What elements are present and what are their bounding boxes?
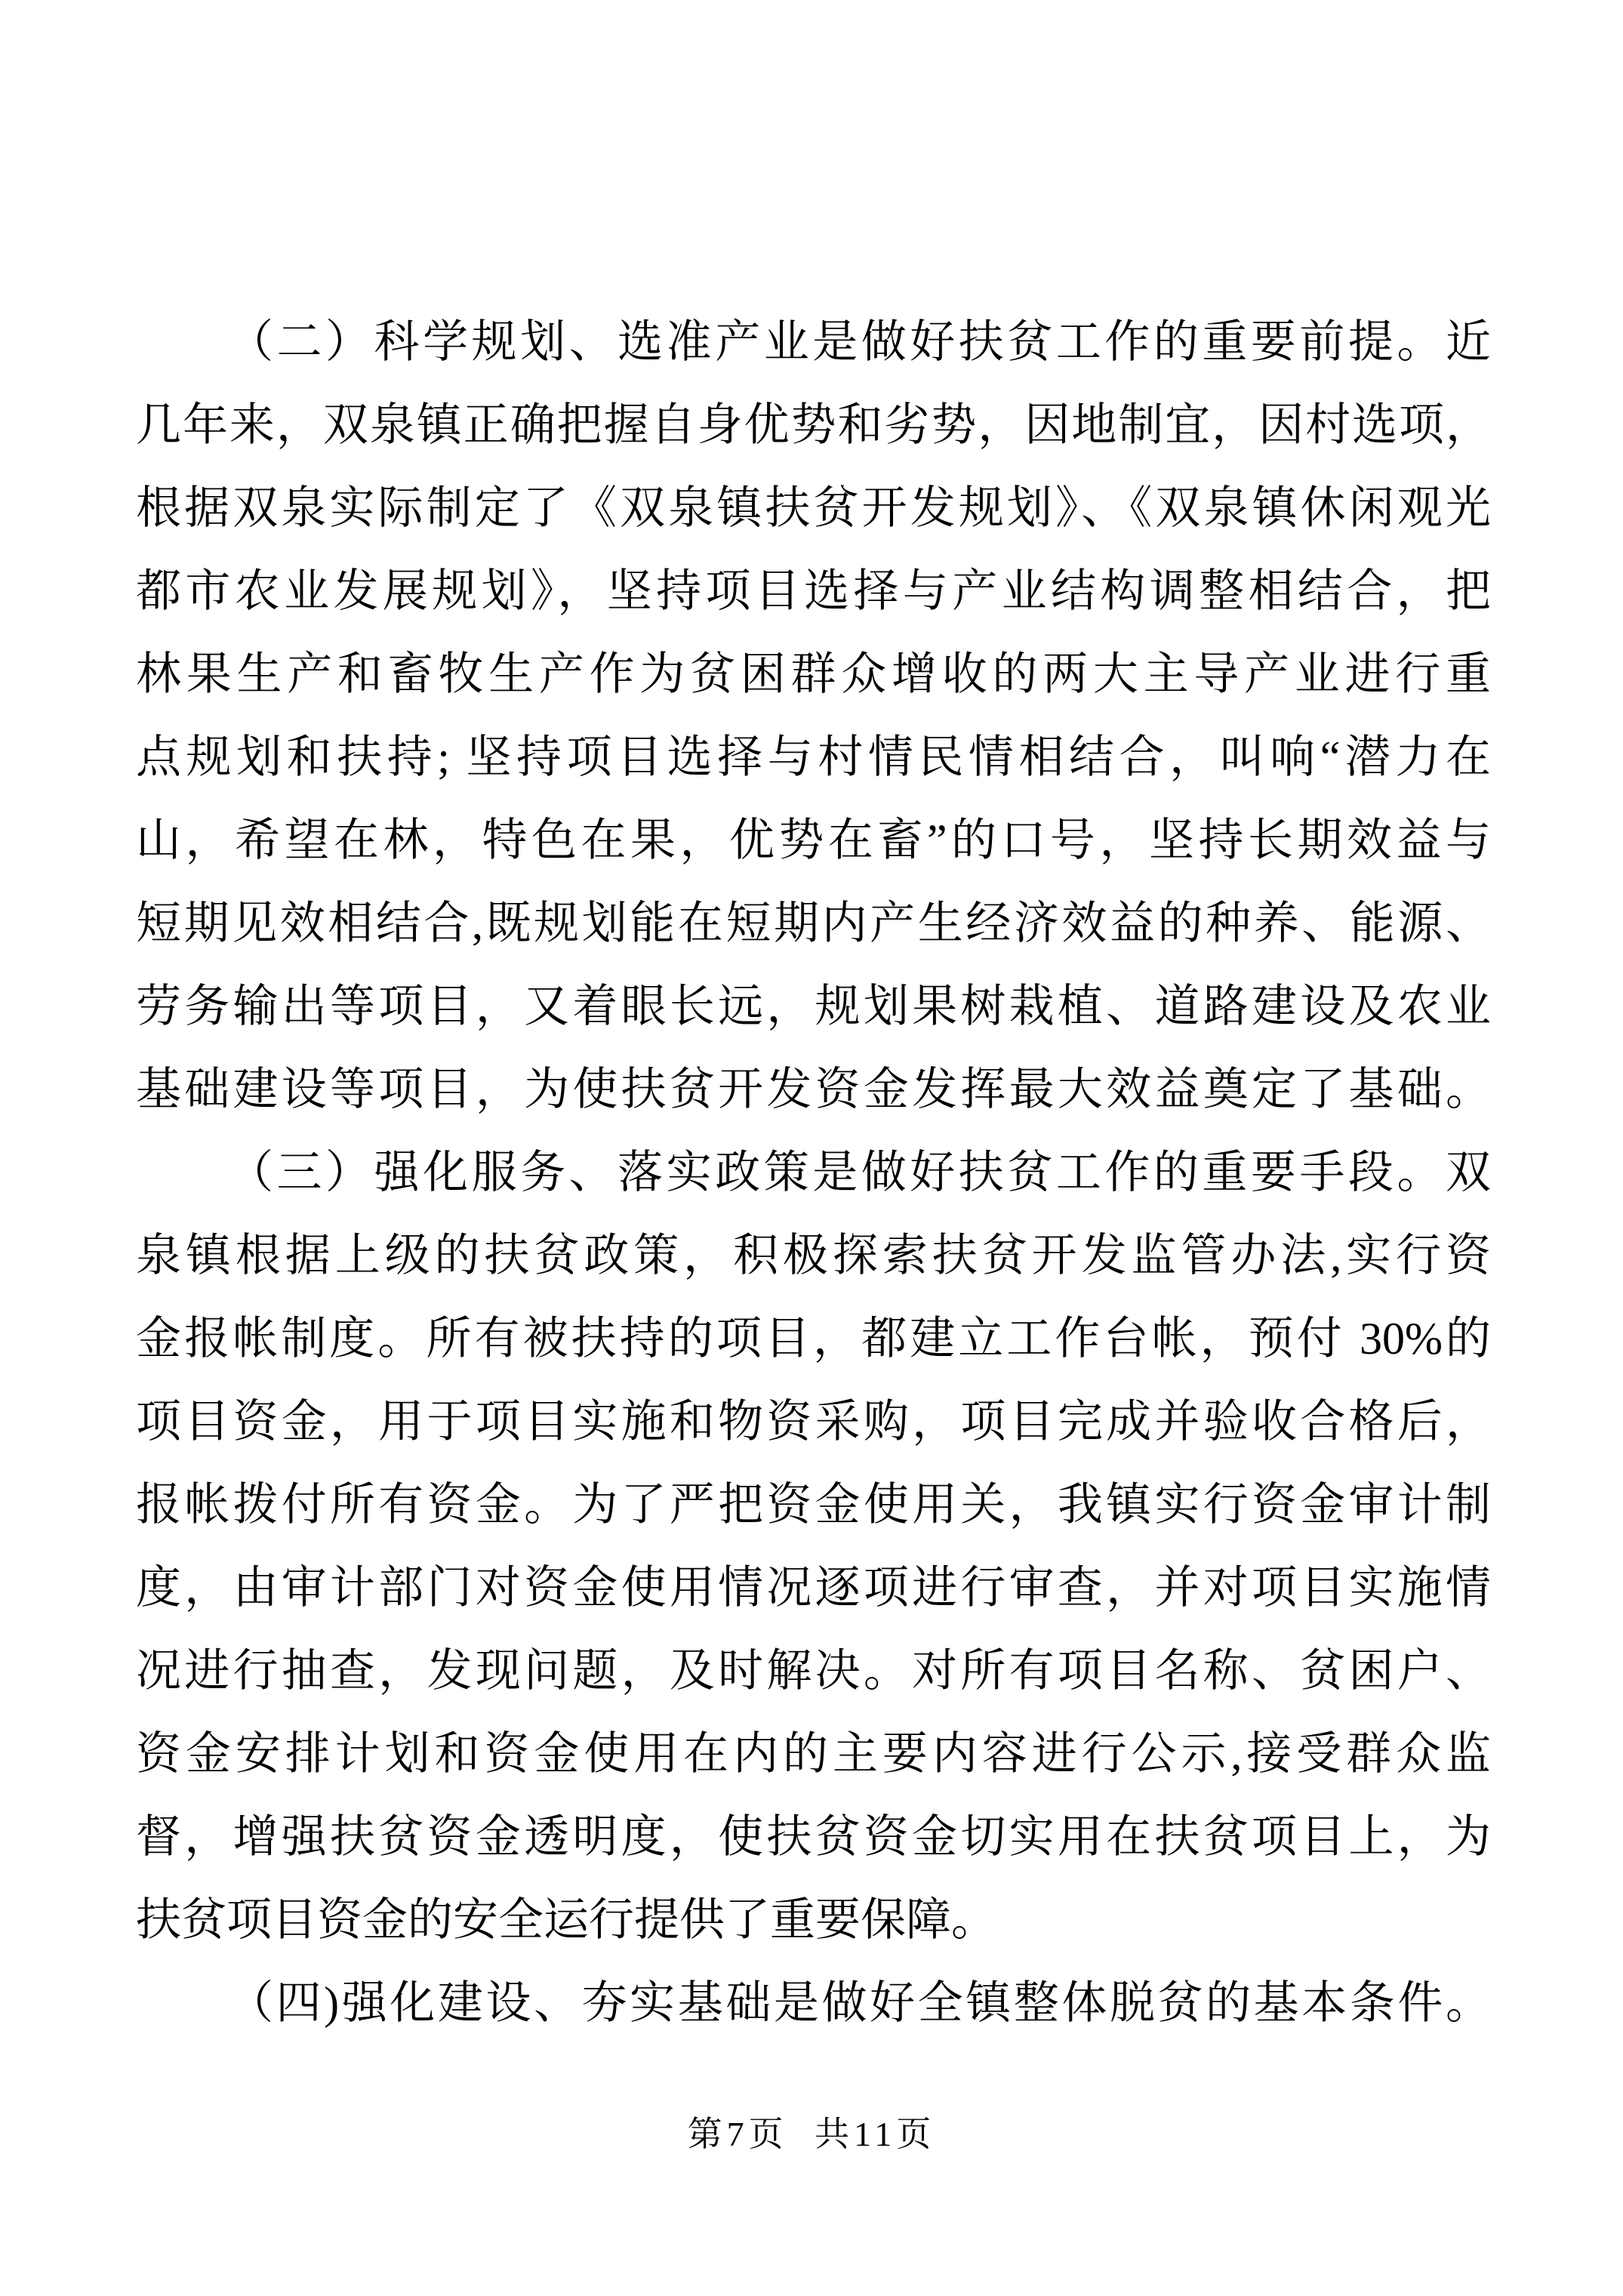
text-line: 劳务输出等项目，又着眼长远，规划果树栽植、道路建设及农业 (136, 965, 1491, 1048)
paragraph: （四)强化建设、夯实基础是做好全镇整体脱贫的基本条件。 (136, 1962, 1491, 2045)
text-line: 度，由审计部门对资金使用情况逐项进行审查，并对项目实施情 (136, 1546, 1491, 1629)
document-body: （二）科学规划、选准产业是做好扶贫工作的重要前提。近几年来，双泉镇正确把握自身优… (136, 300, 1491, 2045)
text-line: 山，希望在林，特色在果，优势在畜”的口号，坚持长期效益与 (136, 799, 1491, 882)
paragraph: （三）强化服务、落实政策是做好扶贫工作的重要手段。双泉镇根据上级的扶贫政策，积极… (136, 1131, 1491, 1962)
paragraph: （二）科学规划、选准产业是做好扶贫工作的重要前提。近几年来，双泉镇正确把握自身优… (136, 300, 1491, 1131)
text-line: 督，增强扶贫资金透明度，使扶贫资金切实用在扶贫项目上，为 (136, 1795, 1491, 1878)
text-line: 点规划和扶持; 坚持项目选择与村情民情相结合，叫响“潜力在 (136, 716, 1491, 799)
text-line: 林果生产和畜牧生产作为贫困群众增收的两大主导产业进行重 (136, 633, 1491, 716)
text-line: 短期见效相结合,既规划能在短期内产生经济效益的种养、能源、 (136, 882, 1491, 965)
text-line: 金报帐制度。所有被扶持的项目，都建立工作台帐，预付 30%的 (136, 1297, 1491, 1380)
text-line: 泉镇根据上级的扶贫政策，积极探索扶贫开发监管办法,实行资 (136, 1214, 1491, 1297)
text-line: （二）科学规划、选准产业是做好扶贫工作的重要前提。近 (136, 300, 1491, 384)
text-line: 资金安排计划和资金使用在内的主要内容进行公示,接受群众监 (136, 1712, 1491, 1795)
text-line: 基础建设等项目，为使扶贫开发资金发挥最大效益奠定了基础。 (136, 1048, 1491, 1131)
text-line: 根据双泉实际制定了《双泉镇扶贫开发规划》、《双泉镇休闲观光 (136, 467, 1491, 550)
text-line: 几年来，双泉镇正确把握自身优势和劣势，因地制宜，因村选项， (136, 384, 1491, 467)
page-number-label: 第7页 共11页 (688, 2115, 936, 2153)
text-line: 报帐拨付所有资金。为了严把资金使用关，我镇实行资金审计制 (136, 1463, 1491, 1546)
text-line: 况进行抽查，发现问题，及时解决。对所有项目名称、贫困户、 (136, 1629, 1491, 1712)
text-line: 都市农业发展规划》，坚持项目选择与产业结构调整相结合，把 (136, 550, 1491, 633)
text-line: 扶贫项目资金的安全运行提供了重要保障。 (136, 1878, 1491, 1962)
page-footer: 第7页 共11页 (0, 2106, 1623, 2156)
text-line: （四)强化建设、夯实基础是做好全镇整体脱贫的基本条件。 (136, 1962, 1491, 2045)
document-page: （二）科学规划、选准产业是做好扶贫工作的重要前提。近几年来，双泉镇正确把握自身优… (0, 0, 1623, 2296)
text-line: 项目资金，用于项目实施和物资采购，项目完成并验收合格后， (136, 1380, 1491, 1463)
text-line: （三）强化服务、落实政策是做好扶贫工作的重要手段。双 (136, 1131, 1491, 1214)
